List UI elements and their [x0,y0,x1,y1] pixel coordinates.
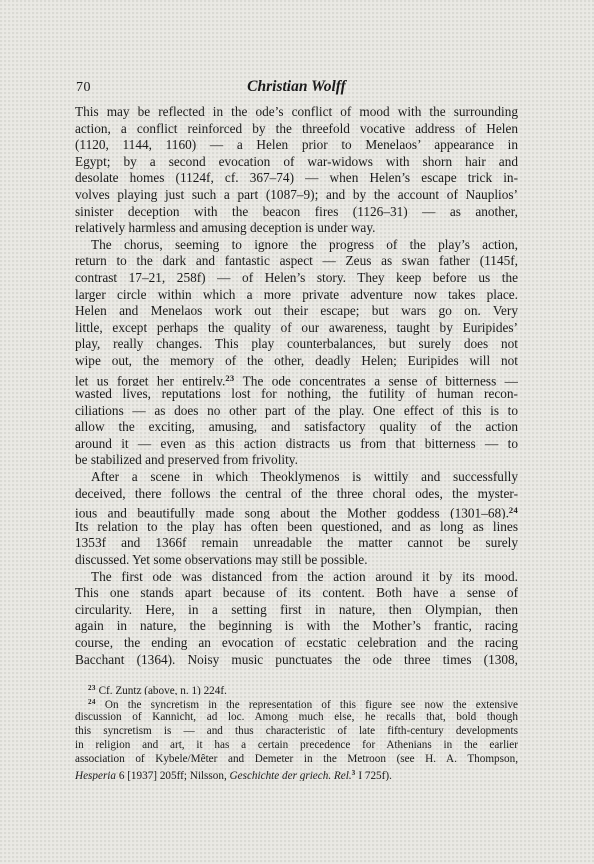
text-line: Helen and Menelaos work out their escape… [75,303,518,320]
book-page: 70 Christian Wolff This may be reflected… [0,0,594,864]
footnote-ref: 24 [509,505,518,515]
text-line: discussed. Yet some observations may sti… [75,552,518,569]
text-line: Its relation to the play has often been … [75,519,518,536]
text-line: let us forget her entirely.23 The ode co… [75,370,518,387]
text-line: This may be reflected in the ode’s confl… [75,104,518,121]
text-line: course, the ending an evocation of ecsta… [75,635,518,652]
text-segment: let us forget her entirely. [75,373,225,386]
paragraph: After a scene in which Theoklymenos is w… [75,469,518,569]
text-line: Egypt; by a second evocation of war-wido… [75,154,518,171]
footnote: 24 On the syncretism in the representati… [75,695,518,780]
italic-text: Geschichte der griech. Rel. [230,770,352,780]
text-line: little, except perhaps the quality of ou… [75,320,518,337]
text-line: return to the dark and fantastic aspect … [75,253,518,270]
text-line: (1120, 1144, 1160) — a Helen prior to Me… [75,137,518,154]
text-line: allow the exciting, amusing, and satisfa… [75,419,518,436]
text-line: Hesperia 6 [1937] 205ff; Nilsson, Geschi… [75,766,518,780]
text-line: wipe out, the memory of the other, deadl… [75,353,518,370]
text-line: The first ode was distanced from the act… [75,569,518,586]
text-segment: Cf. Zuntz (above, n. 1) 224f. [96,685,227,695]
text-line: larger circle within which a more privat… [75,287,518,304]
text-line: again in nature, the beginning is with t… [75,618,518,635]
text-segment: 6 [1937] 205ff; Nilsson, [116,770,230,780]
text-line: action, a conflict reinforced by the thr… [75,121,518,138]
paragraph: This may be reflected in the ode’s confl… [75,104,518,237]
paragraph: The first ode was distanced from the act… [75,569,518,669]
text-line: circularity. Here, in a setting first in… [75,602,518,619]
text-segment: ious and beautifully made song about the… [75,506,509,519]
text-line: play, really changes. This play counterb… [75,336,518,353]
paragraph: The chorus, seeming to ignore the progre… [75,237,518,469]
text-line: After a scene in which Theoklymenos is w… [75,469,518,486]
text-line: association of Kybele/Mêter and Demeter … [75,752,518,766]
text-line: relatively harmless and amusing deceptio… [75,220,518,237]
text-segment: I 725f). [356,770,392,780]
text-block: 70 Christian Wolff This may be reflected… [75,78,518,781]
text-line: discussion of Kannicht, ad loc. Among mu… [75,710,518,724]
text-segment: On the syncretism in the representation … [96,699,518,709]
italic-text: Hesperia [75,770,116,780]
text-line: around it — even as this action distract… [75,436,518,453]
text-line: this syncretism is — and thus characteri… [75,724,518,738]
text-line: desolate homes (1124f, cf. 367–74) — whe… [75,170,518,187]
text-line: ious and beautifully made song about the… [75,502,518,519]
text-line: The chorus, seeming to ignore the progre… [75,237,518,254]
text-line: Bacchant (1364). Noisy music punctuates … [75,652,518,669]
text-line: 23 Cf. Zuntz (above, n. 1) 224f. [75,681,518,695]
text-line: sinister deception with the beacon fires… [75,204,518,221]
text-line: This one stands apart because of its con… [75,585,518,602]
text-line: contrast 17–21, 258f) — of Helen’s story… [75,270,518,287]
footnote: 23 Cf. Zuntz (above, n. 1) 224f. [75,681,518,695]
page-number: 70 [76,80,91,96]
text-line: wasted lives, reputations lost for nothi… [75,386,518,403]
text-line: ciliations — as does no other part of th… [75,403,518,420]
footnote-ref: 23 [88,684,96,692]
text-line: 24 On the syncretism in the representati… [75,695,518,709]
text-line: volves playing just such a part (1087–9)… [75,187,518,204]
text-line: be stabilized and preserved from frivoli… [75,452,518,469]
body-text: This may be reflected in the ode’s confl… [75,104,518,668]
text-line: 1353f and 1366f remain unreadable the ma… [75,535,518,552]
footnote-ref: 24 [88,698,96,706]
text-segment: The ode concentrates a sense of bitterne… [234,373,518,386]
text-line: in religion and art, it has a certain pr… [75,738,518,752]
footnotes: 23 Cf. Zuntz (above, n. 1) 224f.24 On th… [75,681,518,780]
running-title: Christian Wolff [247,78,346,95]
text-line: deceived, there follows the central of t… [75,486,518,503]
page-header: 70 Christian Wolff [75,78,518,97]
